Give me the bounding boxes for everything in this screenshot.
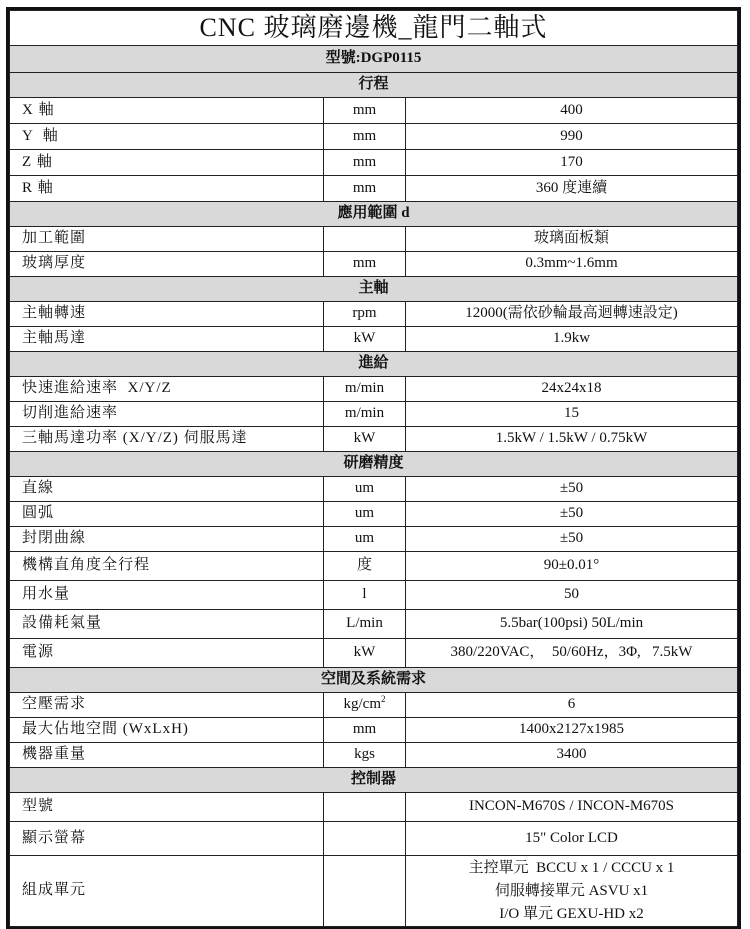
spec-label: 機構直角度全行程 [10,552,324,581]
spec-unit: um [324,527,406,552]
unit-superscript: 2 [381,694,386,704]
spec-value: INCON-M670S / INCON-M670S [406,793,738,822]
spec-unit: rpm [324,302,406,327]
spec-unit: um [324,502,406,527]
spec-unit: kg/cm2 [324,693,406,718]
table-row: Y 軸 mm 990 [10,124,738,150]
section-title: 行程 [10,73,738,98]
spec-value: 1.5kW / 1.5kW / 0.75kW [406,427,738,452]
unit-base: kg/cm [344,696,382,712]
section-header-spindle: 主軸 [10,277,738,302]
spec-unit [324,856,406,927]
spec-unit: l [324,581,406,610]
table-row: 加工範圍 玻璃面板類 [10,227,738,252]
table-row: 型號 INCON-M670S / INCON-M670S [10,793,738,822]
table-row: X 軸 mm 400 [10,98,738,124]
table-row: R 軸 mm 360 度連續 [10,176,738,202]
spec-label: 三軸馬達功率 (X/Y/Z) 伺服馬達 [10,427,324,452]
table-row: 最大佔地空間 (WxLxH) mm 1400x2127x1985 [10,718,738,743]
spec-label: 電源 [10,639,324,668]
table-row: 主軸轉速 rpm 12000(需依砂輪最高迴轉速設定) [10,302,738,327]
spec-value: ±50 [406,527,738,552]
spec-unit: 度 [324,552,406,581]
spec-label: 主軸馬達 [10,327,324,352]
spec-label: 快速進給速率 X/Y/Z [10,377,324,402]
table-row: 用水量 l 50 [10,581,738,610]
spec-unit: kW [324,327,406,352]
table-row: 機構直角度全行程 度 90±0.01° [10,552,738,581]
section-title: 空間及系統需求 [10,668,738,693]
value-line: 主控單元 BCCU x 1 / CCCU x 1 [406,857,737,880]
table-row: 空壓需求 kg/cm2 6 [10,693,738,718]
spec-table: CNC 玻璃磨邊機_龍門二軸式 型號:DGP0115 行程 X 軸 mm 400… [9,10,738,927]
spec-unit: mm [324,718,406,743]
spec-label: 機器重量 [10,743,324,768]
spec-label: X 軸 [10,98,324,124]
spec-value: 380/220VAC， 50/60Hz，3Φ, 7.5kW [406,639,738,668]
spec-value-multiline: 主控單元 BCCU x 1 / CCCU x 1 伺服轉接單元 ASVU x1 … [406,856,738,927]
table-row: 快速進給速率 X/Y/Z m/min 24x24x18 [10,377,738,402]
spec-value: 12000(需依砂輪最高迴轉速設定) [406,302,738,327]
value-line: I/O 單元 GEXU-HD x2 [406,903,737,926]
section-header-accuracy: 研磨精度 [10,452,738,477]
table-row: 玻璃厚度 mm 0.3mm~1.6mm [10,252,738,277]
table-row: 機器重量 kgs 3400 [10,743,738,768]
table-row: 電源 kW 380/220VAC， 50/60Hz，3Φ, 7.5kW [10,639,738,668]
table-row: 圓弧 um ±50 [10,502,738,527]
spec-label: 加工範圍 [10,227,324,252]
table-row: 主軸馬達 kW 1.9kw [10,327,738,352]
spec-label: 設備耗氣量 [10,610,324,639]
spec-unit [324,227,406,252]
value-line: 伺服轉接單元 ASVU x1 [406,880,737,903]
spec-unit: mm [324,176,406,202]
spec-unit: um [324,477,406,502]
spec-label: 型號 [10,793,324,822]
spec-unit: kW [324,639,406,668]
section-header-travel: 行程 [10,73,738,98]
spec-unit: mm [324,252,406,277]
table-row: 組成單元 主控單元 BCCU x 1 / CCCU x 1 伺服轉接單元 ASV… [10,856,738,927]
spec-value: 90±0.01° [406,552,738,581]
spec-value: 15" Color LCD [406,822,738,856]
spec-label: 組成單元 [10,856,324,927]
model-number: 型號:DGP0115 [10,46,738,73]
spec-value: 400 [406,98,738,124]
spec-value: 玻璃面板類 [406,227,738,252]
section-title: 進給 [10,352,738,377]
section-title: 研磨精度 [10,452,738,477]
spec-unit: kgs [324,743,406,768]
spec-sheet: CNC 玻璃磨邊機_龍門二軸式 型號:DGP0115 行程 X 軸 mm 400… [6,7,741,929]
spec-label: 切削進給速率 [10,402,324,427]
spec-value: 1400x2127x1985 [406,718,738,743]
section-header-application: 應用範圍 d [10,202,738,227]
spec-label: 主軸轉速 [10,302,324,327]
spec-unit: mm [324,124,406,150]
spec-label: 圓弧 [10,502,324,527]
spec-label: 直線 [10,477,324,502]
section-title: 主軸 [10,277,738,302]
spec-value: ±50 [406,477,738,502]
spec-value: 50 [406,581,738,610]
spec-unit: m/min [324,377,406,402]
section-header-feed: 進給 [10,352,738,377]
spec-label: 用水量 [10,581,324,610]
table-row: 封閉曲線 um ±50 [10,527,738,552]
spec-unit: mm [324,98,406,124]
title-row: CNC 玻璃磨邊機_龍門二軸式 [10,11,738,46]
spec-value: 360 度連續 [406,176,738,202]
section-title: 應用範圍 d [10,202,738,227]
spec-label: Y 軸 [10,124,324,150]
spec-unit [324,822,406,856]
spec-value: 170 [406,150,738,176]
spec-value: 990 [406,124,738,150]
table-row: 設備耗氣量 L/min 5.5bar(100psi) 50L/min [10,610,738,639]
spec-label: 封閉曲線 [10,527,324,552]
spec-value: 5.5bar(100psi) 50L/min [406,610,738,639]
spec-label: 玻璃厚度 [10,252,324,277]
spec-value: 1.9kw [406,327,738,352]
spec-value: 15 [406,402,738,427]
section-header-controller: 控制器 [10,768,738,793]
section-title: 控制器 [10,768,738,793]
spec-value: 3400 [406,743,738,768]
section-header-space: 空間及系統需求 [10,668,738,693]
spec-value: 6 [406,693,738,718]
document-title: CNC 玻璃磨邊機_龍門二軸式 [10,11,738,46]
table-row: 直線 um ±50 [10,477,738,502]
spec-value: 24x24x18 [406,377,738,402]
spec-unit: L/min [324,610,406,639]
table-row: 三軸馬達功率 (X/Y/Z) 伺服馬達 kW 1.5kW / 1.5kW / 0… [10,427,738,452]
spec-label: 顯示螢幕 [10,822,324,856]
table-row: Z 軸 mm 170 [10,150,738,176]
spec-unit: kW [324,427,406,452]
spec-label: Z 軸 [10,150,324,176]
spec-label: 空壓需求 [10,693,324,718]
spec-value: 0.3mm~1.6mm [406,252,738,277]
spec-label: 最大佔地空間 (WxLxH) [10,718,324,743]
table-row: 顯示螢幕 15" Color LCD [10,822,738,856]
spec-unit: mm [324,150,406,176]
spec-unit: m/min [324,402,406,427]
spec-value: ±50 [406,502,738,527]
table-row: 切削進給速率 m/min 15 [10,402,738,427]
spec-unit [324,793,406,822]
model-row: 型號:DGP0115 [10,46,738,73]
spec-label: R 軸 [10,176,324,202]
